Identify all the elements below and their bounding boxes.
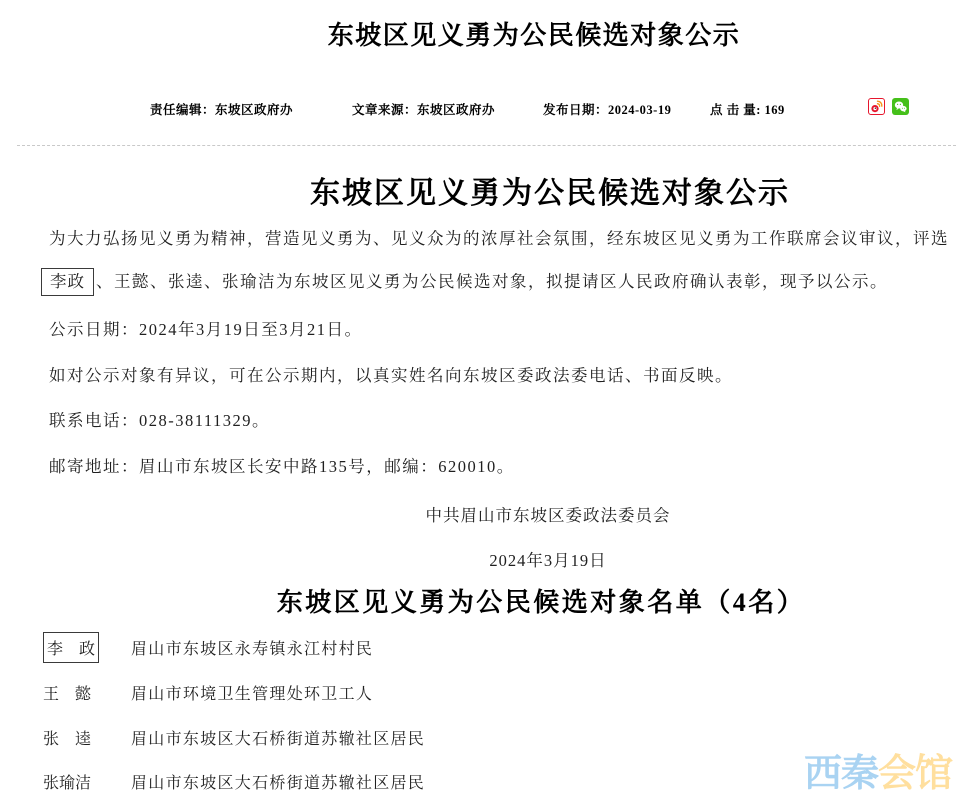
issuer-signature: 中共眉山市东坡区委政法委员会 [0,502,956,526]
meta-click-count: 点 击 量: 169 [710,100,785,118]
page-title: 东坡区见义勇为公民候选对象公示 [0,15,956,52]
site-watermark: 西秦会馆 [804,755,952,793]
article-meta-bar: 责任编辑：东坡区政府办 文章来源：东坡区政府办 发布日期：2024-03-19 … [0,98,956,120]
candidate-description: 眉山市东坡区永寿镇永江村村民 [131,636,373,659]
candidate-row: 张 逵 眉山市东坡区大石桥街道苏辙社区居民 [0,726,956,756]
candidate-name: 王 懿 [43,681,91,704]
paragraph-contact-phone: 联系电话：028-38111329。 [49,411,270,431]
candidate-description: 眉山市东坡区大石桥街道苏辙社区居民 [131,726,425,749]
candidate-list-heading: 东坡区见义勇为公民候选对象名单（4名） [0,582,956,619]
intro-line2-text: 、王懿、张逵、张瑜洁为东坡区见义勇为公民候选对象，拟提请区人民政府确认表彰，现予… [96,272,888,292]
watermark-right-text: 会馆 [878,753,952,795]
wechat-share-icon[interactable] [892,98,909,115]
paragraph-intro-line1: 为大力弘扬见义勇为精神，营造见义勇为、见义众为的浓厚社会氛围，经东坡区见义勇为工… [49,229,949,249]
candidate-row: 王 懿 眉山市环境卫生管理处环卫工人 [0,681,956,711]
paragraph-mailing-address: 邮寄地址：眉山市东坡区长安中路135号，邮编：620010。 [49,457,515,477]
candidate-name: 张 逵 [43,726,91,749]
candidate-name: 李 政 [43,632,99,663]
candidate-description: 眉山市环境卫生管理处环卫工人 [131,681,373,704]
meta-editor: 责任编辑：东坡区政府办 [150,100,293,118]
candidate-description: 眉山市东坡区大石桥街道苏辙社区居民 [131,770,425,793]
paragraph-intro-line2: 李政 、王懿、张逵、张瑜洁为东坡区见义勇为公民候选对象，拟提请区人民政府确认表彰… [41,268,888,296]
meta-publish-date: 发布日期：2024-03-19 [543,100,671,118]
article-heading: 东坡区见义勇为公民候选对象公示 [0,168,956,212]
meta-source: 文章来源：东坡区政府办 [352,100,495,118]
share-icons-group [868,98,909,115]
paragraph-publicity-period: 公示日期：2024年3月19日至3月21日。 [49,320,363,340]
boxed-candidate-name: 李政 [41,268,94,296]
issue-date: 2024年3月19日 [0,547,956,571]
watermark-left-text: 西秦 [804,753,878,795]
paragraph-objection-note: 如对公示对象有异议，可在公示期内，以真实姓名向东坡区委政法委电话、书面反映。 [49,366,733,386]
weibo-share-icon[interactable] [868,98,885,115]
candidate-row: 李 政 眉山市东坡区永寿镇永江村村民 [0,636,956,666]
candidate-name: 张瑜洁 [43,770,91,793]
dashed-divider [17,145,956,146]
